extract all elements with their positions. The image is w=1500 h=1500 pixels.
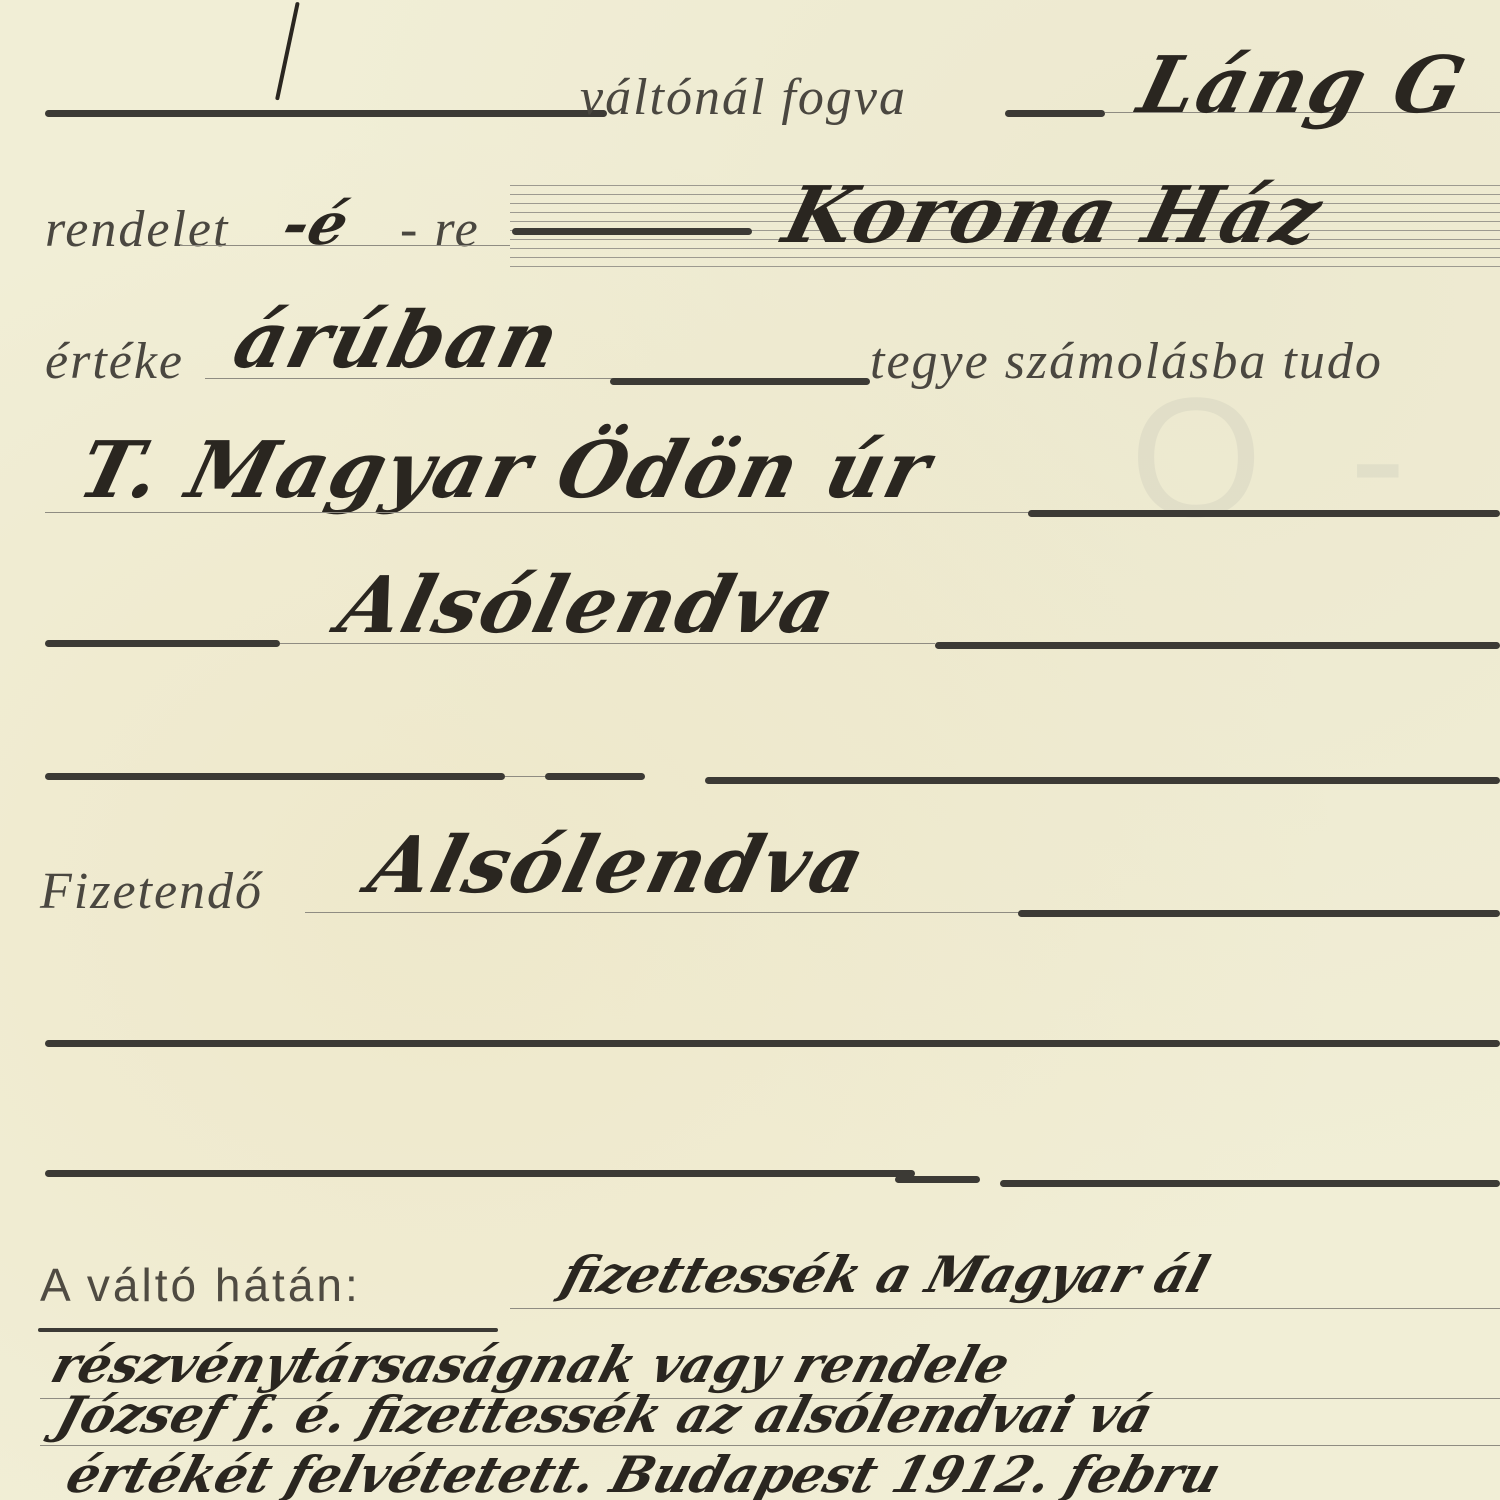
- label-a-valto-hatan: A váltó hátán:: [40, 1258, 361, 1312]
- handwritten-drawee: T. Magyar Ödön úr: [70, 425, 941, 516]
- handwritten-endorsement-line-1: fizettessék a Magyar ál: [555, 1245, 1216, 1304]
- blank-line: [45, 773, 505, 780]
- blank-line: [45, 1040, 1500, 1047]
- underline: [38, 1328, 498, 1332]
- blank-line: [545, 773, 645, 780]
- blank-line: [45, 110, 607, 117]
- label-erteke: értéke: [45, 332, 184, 391]
- label-tegye-szamolasba: tegye számolásba tudo: [870, 332, 1383, 391]
- handwritten-payee-name: Láng G: [1130, 40, 1475, 131]
- rule: [505, 776, 545, 777]
- handwritten-location-2: Alsólendva: [360, 820, 875, 911]
- label-valtonal-fogva: váltónál fogva: [580, 68, 907, 127]
- blank-line: [1005, 110, 1105, 117]
- blank-line: [1028, 510, 1500, 517]
- handwritten-order-name: Korona Ház: [775, 170, 1332, 261]
- rule: [45, 512, 1030, 513]
- blank-line: [512, 228, 752, 235]
- handwritten-endorsement-line-4: értékét felvétetett. Budapest 1912. febr…: [60, 1445, 1227, 1500]
- blank-line: [705, 777, 1500, 784]
- blank-line: [610, 378, 870, 385]
- blank-line: [1000, 1180, 1500, 1187]
- rule: [180, 245, 510, 246]
- label-rendelet: rendelet: [45, 200, 229, 259]
- handwritten-endorsement-line-3: József f. é. fizettessék az alsólendvai …: [50, 1385, 1160, 1444]
- label-fizetendo: Fizetendő: [40, 862, 263, 921]
- blank-line: [45, 640, 280, 647]
- blank-line: [1018, 910, 1500, 917]
- handwritten-location-1: Alsólendva: [330, 560, 845, 651]
- blank-line: [45, 1170, 915, 1177]
- rule: [305, 912, 1020, 913]
- rule: [510, 1308, 1500, 1309]
- handwritten-value: árúban: [225, 295, 570, 386]
- blank-line: [935, 642, 1500, 649]
- blank-line: [895, 1176, 980, 1183]
- label-re-suffix: - re: [400, 200, 480, 259]
